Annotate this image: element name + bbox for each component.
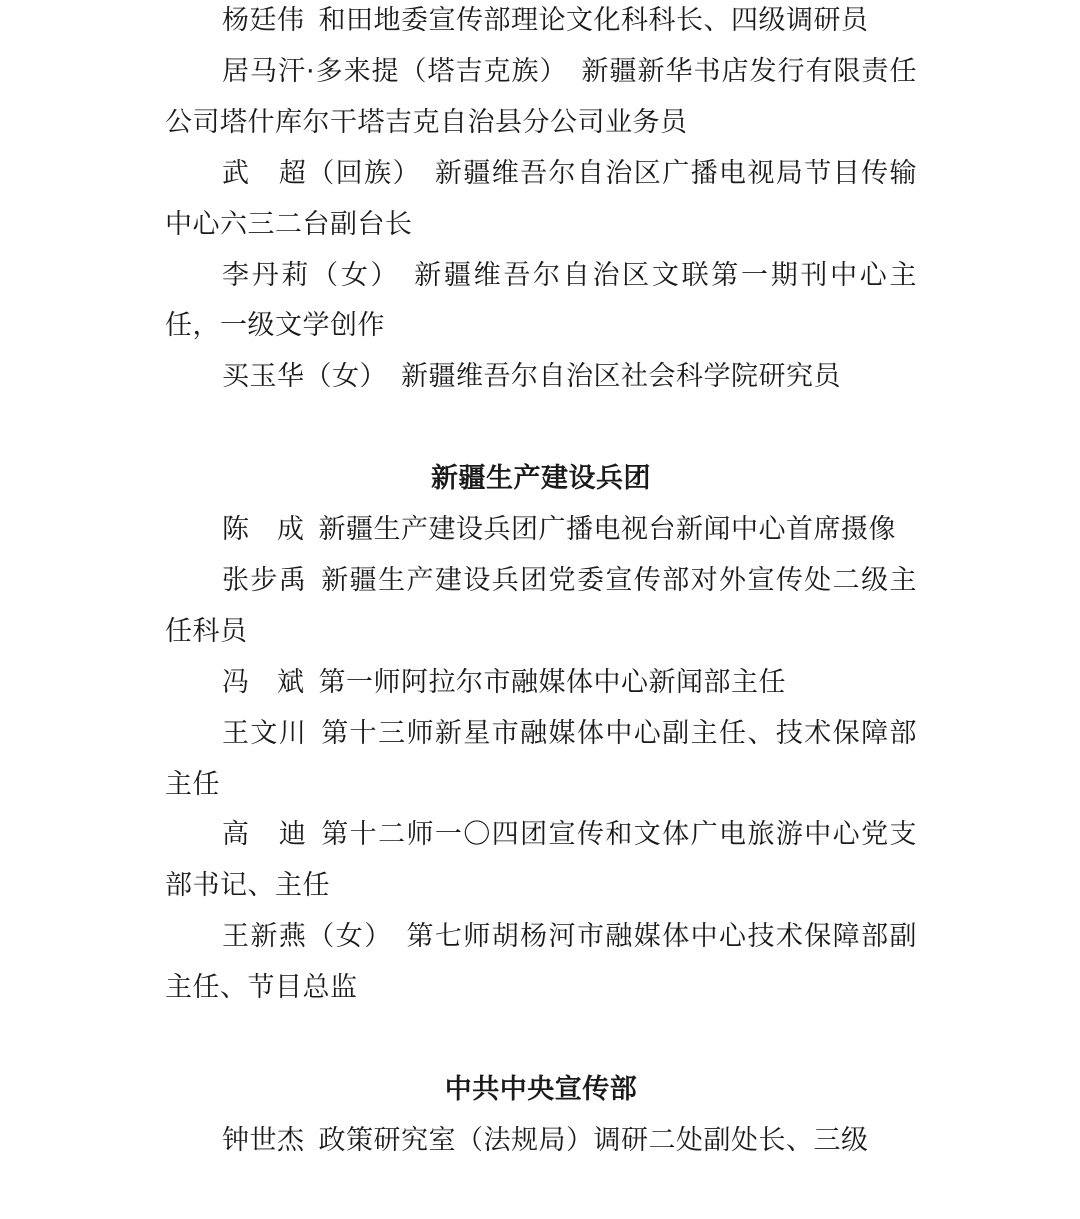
- person-name: 钟世杰: [222, 1125, 305, 1156]
- section-heading: 中共中央宣传部: [165, 1065, 917, 1116]
- list-entry: 钟世杰政策研究室（法规局）调研二处副处长、三级: [165, 1116, 917, 1167]
- list-entry: 王新燕（女）第七师胡杨河市融媒体中心技术保障部副主任、节目总监: [165, 912, 917, 1014]
- person-name: 居马汗·多来提（塔吉克族）: [222, 56, 568, 87]
- list-entry: 张步禹新疆生产建设兵团党委宣传部对外宣传处二级主任科员: [165, 556, 917, 658]
- list-entry: 王文川第十三师新星市融媒体中心副主任、技术保障部主任: [165, 709, 917, 811]
- person-name: 王文川: [222, 718, 307, 749]
- person-name: 冯 斌: [222, 667, 305, 698]
- section-central-propaganda: 中共中央宣传部 钟世杰政策研究室（法规局）调研二处副处长、三级: [165, 1065, 917, 1167]
- person-title: 新疆维吾尔自治区社会科学院研究员: [401, 361, 841, 392]
- section-xinjiang-continued: 杨廷伟和田地委宣传部理论文化科科长、四级调研员 居马汗·多来提（塔吉克族）新疆新…: [165, 0, 917, 403]
- person-name: 武 超（回族）: [222, 158, 421, 189]
- person-name: 王新燕（女）: [222, 921, 392, 952]
- person-title: 第一师阿拉尔市融媒体中心新闻部主任: [319, 667, 787, 698]
- person-name: 张步禹: [222, 565, 307, 596]
- section-xpcc: 新疆生产建设兵团 陈 成新疆生产建设兵团广播电视台新闻中心首席摄像 张步禹新疆生…: [165, 454, 917, 1014]
- list-entry: 武 超（回族）新疆维吾尔自治区广播电视局节目传输中心六三二台副台长: [165, 149, 917, 251]
- person-name: 杨廷伟: [222, 5, 305, 36]
- document-body: 杨廷伟和田地委宣传部理论文化科科长、四级调研员 居马汗·多来提（塔吉克族）新疆新…: [165, 0, 917, 1167]
- person-name: 高 迪: [222, 819, 307, 850]
- list-entry: 买玉华（女）新疆维吾尔自治区社会科学院研究员: [165, 352, 917, 403]
- list-entry: 李丹莉（女）新疆维吾尔自治区文联第一期刊中心主任，一级文学创作: [165, 251, 917, 353]
- list-entry: 陈 成新疆生产建设兵团广播电视台新闻中心首席摄像: [165, 505, 917, 556]
- section-heading: 新疆生产建设兵团: [165, 454, 917, 505]
- list-entry: 冯 斌第一师阿拉尔市融媒体中心新闻部主任: [165, 658, 917, 709]
- person-name: 买玉华（女）: [222, 361, 387, 392]
- list-entry: 杨廷伟和田地委宣传部理论文化科科长、四级调研员: [165, 0, 917, 47]
- person-title: 新疆生产建设兵团广播电视台新闻中心首席摄像: [319, 514, 897, 545]
- person-name: 陈 成: [222, 514, 305, 545]
- person-name: 李丹莉（女）: [222, 260, 400, 291]
- person-title: 政策研究室（法规局）调研二处副处长、三级: [319, 1125, 869, 1156]
- list-entry: 居马汗·多来提（塔吉克族）新疆新华书店发行有限责任公司塔什库尔干塔吉克自治县分公…: [165, 47, 917, 149]
- person-title: 和田地委宣传部理论文化科科长、四级调研员: [319, 5, 869, 36]
- list-entry: 高 迪第十二师一〇四团宣传和文体广电旅游中心党支部书记、主任: [165, 810, 917, 912]
